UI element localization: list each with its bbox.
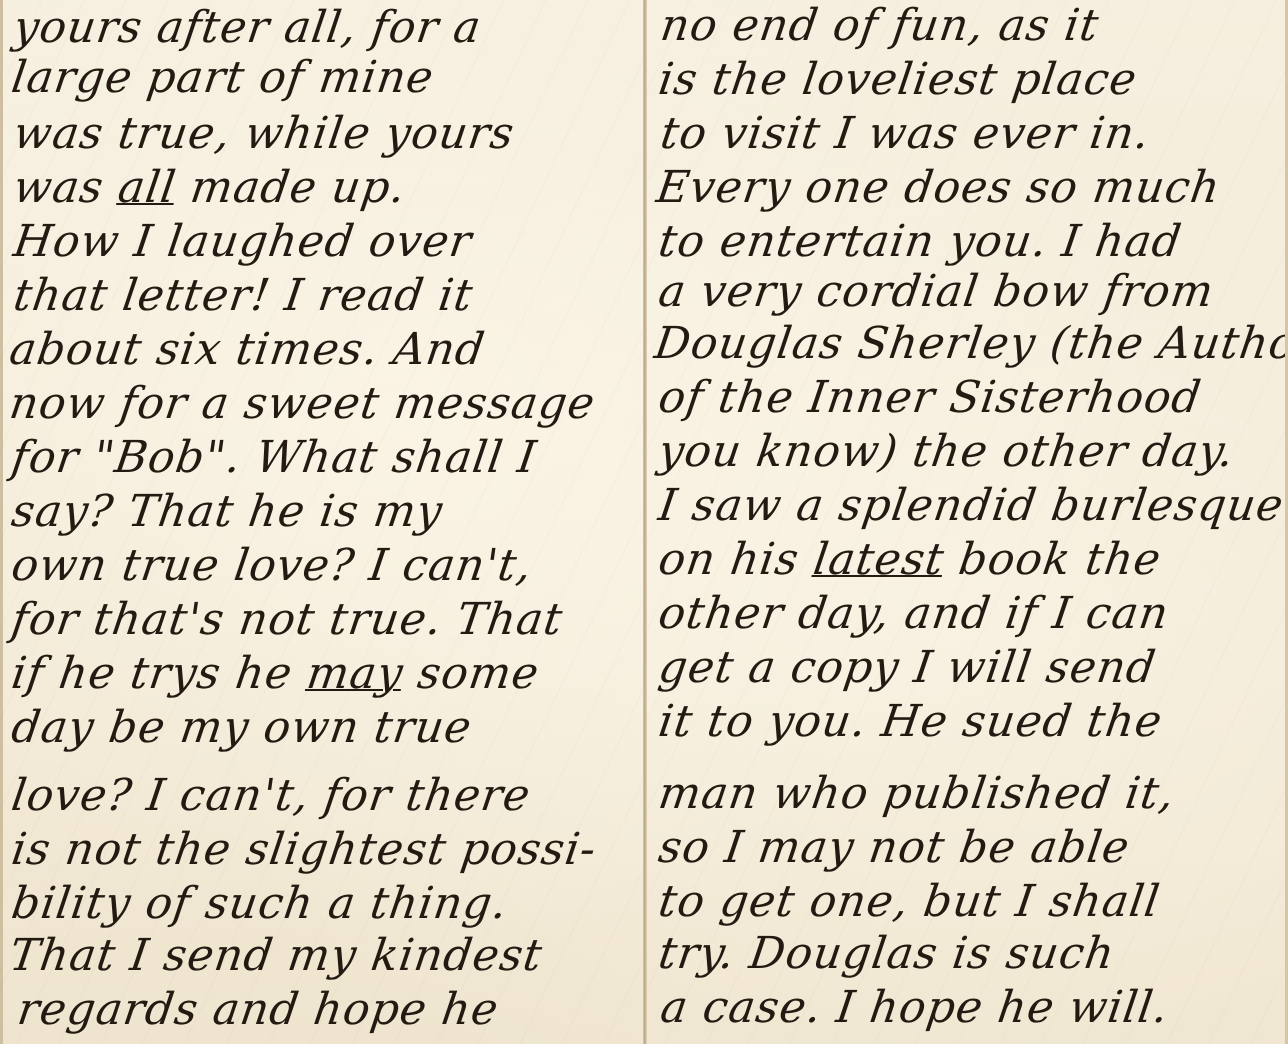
handwritten-line: How I laughed over (10, 216, 475, 268)
line-text: some (400, 648, 543, 699)
handwritten-line: for "Bob". What shall I (8, 432, 540, 484)
handwritten-line: Douglas Sherley (the Author (651, 318, 1288, 370)
line-text: if he trys he (8, 648, 310, 699)
handwritten-line: yours after all, for a (10, 2, 484, 54)
handwritten-line: Every one does so much (653, 162, 1223, 214)
handwritten-line: That I send my kindest (6, 930, 545, 982)
handwritten-line: was true, while yours (10, 108, 517, 160)
handwritten-line: is the loveliest place (655, 54, 1140, 106)
handwritten-line: other day, and if I can (655, 588, 1172, 640)
handwritten-line: large part of mine (8, 52, 437, 104)
underlined-word: latest (810, 534, 947, 585)
handwritten-line: is not the slightest possi- (8, 824, 599, 876)
handwritten-line: that letter! I read it (10, 270, 476, 322)
handwritten-line: get a copy I will send (655, 642, 1159, 694)
handwritten-line: it to you. He sued the (655, 696, 1165, 748)
letter-scan: yours after all, for a large part of min… (0, 0, 1288, 1044)
line-text: book the (941, 534, 1165, 585)
handwritten-line: to visit I was ever in. (657, 108, 1153, 160)
handwritten-line: to entertain you. I had (655, 216, 1185, 268)
handwritten-line: bility of such a thing. (8, 878, 511, 930)
handwritten-line: of the Inner Sisterhood (655, 372, 1204, 424)
underlined-word: all (115, 162, 180, 213)
handwritten-line: try. Douglas is such (655, 928, 1118, 980)
handwritten-line: you know) the other day. (655, 426, 1237, 478)
handwritten-line: on his latest book the (655, 534, 1164, 586)
handwritten-line: day be my own true (8, 702, 475, 754)
handwritten-line: to get one, but I shall (655, 876, 1163, 928)
letter-page-left: yours after all, for a large part of min… (0, 0, 645, 1044)
handwritten-line: was all made up. (10, 162, 409, 214)
line-text: was (10, 162, 122, 213)
handwritten-line: now for a sweet message (6, 378, 598, 430)
underlined-word: may (304, 648, 407, 699)
handwritten-line: if he trys he may some (8, 648, 542, 700)
handwritten-line: love? I can't, for there (8, 770, 534, 822)
handwritten-line: about six times. And (6, 324, 488, 376)
handwritten-line: say? That he is my (8, 486, 446, 538)
handwritten-line: own true love? I can't, (8, 540, 535, 592)
line-text: on his (655, 534, 817, 585)
handwritten-line: so I may not be able (655, 822, 1133, 874)
handwritten-line: a case. I hope he will. (657, 982, 1172, 1034)
handwritten-line: a very cordial bow from (655, 266, 1217, 318)
handwritten-line: regards and hope he (14, 984, 502, 1036)
handwritten-line: for that's not true. That (8, 594, 566, 646)
handwritten-line: I saw a splendid burlesque (655, 480, 1287, 532)
line-text: made up. (172, 162, 409, 213)
handwritten-line: no end of fun, as it (657, 0, 1102, 52)
letter-page-right: no end of fun, as it is the loveliest pl… (646, 0, 1288, 1044)
handwritten-line: man who published it, (655, 768, 1178, 820)
